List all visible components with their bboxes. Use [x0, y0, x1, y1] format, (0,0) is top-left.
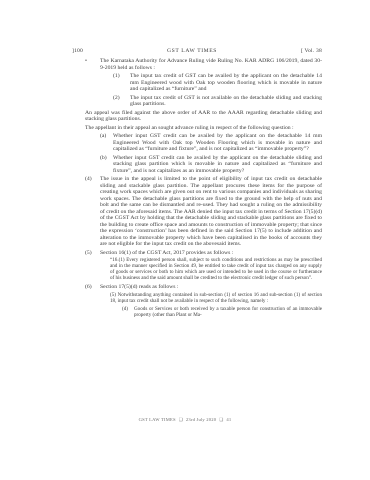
question-a-text: Whether input GST credit can be availed …	[113, 133, 322, 153]
paragraph-6: (6) Section 17(5)(d) reads as follows :	[85, 284, 322, 291]
question-b-marker: (b)	[100, 155, 113, 175]
paragraph-6-marker: (6)	[85, 284, 100, 291]
ruling-bullet-text: The Karnataka Authority for Advance Ruli…	[100, 58, 322, 71]
document-page: ]100 GST LAW TIMES [ Vol. 38 • The Karna…	[0, 0, 370, 480]
appellant-paragraph: The appellant in their appeal an sought …	[85, 125, 322, 132]
clause-d: (d) Goods or Services or both received b…	[122, 307, 322, 319]
clause-d-marker: (d)	[122, 307, 134, 319]
ruling-point-2-marker: (2)	[113, 95, 130, 108]
footer-date: 23rd July 2020	[186, 417, 216, 422]
page-body: • The Karnataka Authority for Advance Ru…	[85, 58, 322, 321]
page-header: ]100 GST LAW TIMES [ Vol. 38	[72, 48, 322, 54]
paragraph-6-text: Section 17(5)(d) reads as follows :	[100, 284, 322, 291]
question-b: (b) Whether input GST credit can be avai…	[100, 155, 322, 175]
ruling-point-2-text: The input tax credit of GST is not avail…	[130, 95, 322, 108]
section-17-5-quote: (5) Notwithstanding anything contained i…	[110, 293, 322, 305]
paragraph-4-marker: (4)	[85, 176, 100, 248]
paragraph-4: (4) The issue in the appeal is limited t…	[85, 176, 322, 248]
question-a-marker: (a)	[100, 133, 113, 153]
ruling-point-1-marker: (1)	[113, 73, 130, 93]
clause-d-text: Goods or Services or both received by a …	[134, 307, 322, 319]
question-a: (a) Whether input GST credit can be avai…	[100, 133, 322, 153]
footer-journal: GST LAW TIMES	[139, 417, 176, 422]
ruling-point-1-text: The input tax credit of GST can be avail…	[130, 73, 322, 93]
page-number-left: ]100	[72, 48, 83, 54]
paragraph-5-marker: (5)	[85, 250, 100, 257]
paragraph-5: (5) Section 16(1) of the CGST Act, 2017 …	[85, 250, 322, 257]
ruling-bullet-item: • The Karnataka Authority for Advance Ru…	[85, 58, 322, 71]
section-16-quote: “16.(1) Every registered person shall, s…	[110, 258, 322, 282]
bullet-marker: •	[85, 58, 100, 71]
appeal-paragraph: An appeal was filed against the above or…	[85, 110, 322, 123]
ruling-point-1: (1) The input tax credit of GST can be a…	[113, 73, 322, 93]
footer-separator-icon: ❏	[219, 417, 223, 422]
volume-label: [ Vol. 38	[301, 48, 322, 54]
paragraph-4-text: The issue in the appeal is limited to th…	[100, 176, 322, 248]
section-17-5-text: Notwithstanding anything contained in su…	[110, 292, 322, 304]
paragraph-5-text: Section 16(1) of the CGST Act, 2017 prov…	[100, 250, 322, 257]
journal-title: GST LAW TIMES	[167, 48, 217, 54]
question-b-text: Whether input GST credit can be availed …	[113, 155, 322, 175]
footer-separator-icon: ❏	[179, 417, 183, 422]
ruling-point-2: (2) The input tax credit of GST is not a…	[113, 95, 322, 108]
footer-page-number: 41	[226, 417, 231, 422]
page-footer: GST LAW TIMES❏23rd July 2020❏41	[0, 417, 370, 423]
